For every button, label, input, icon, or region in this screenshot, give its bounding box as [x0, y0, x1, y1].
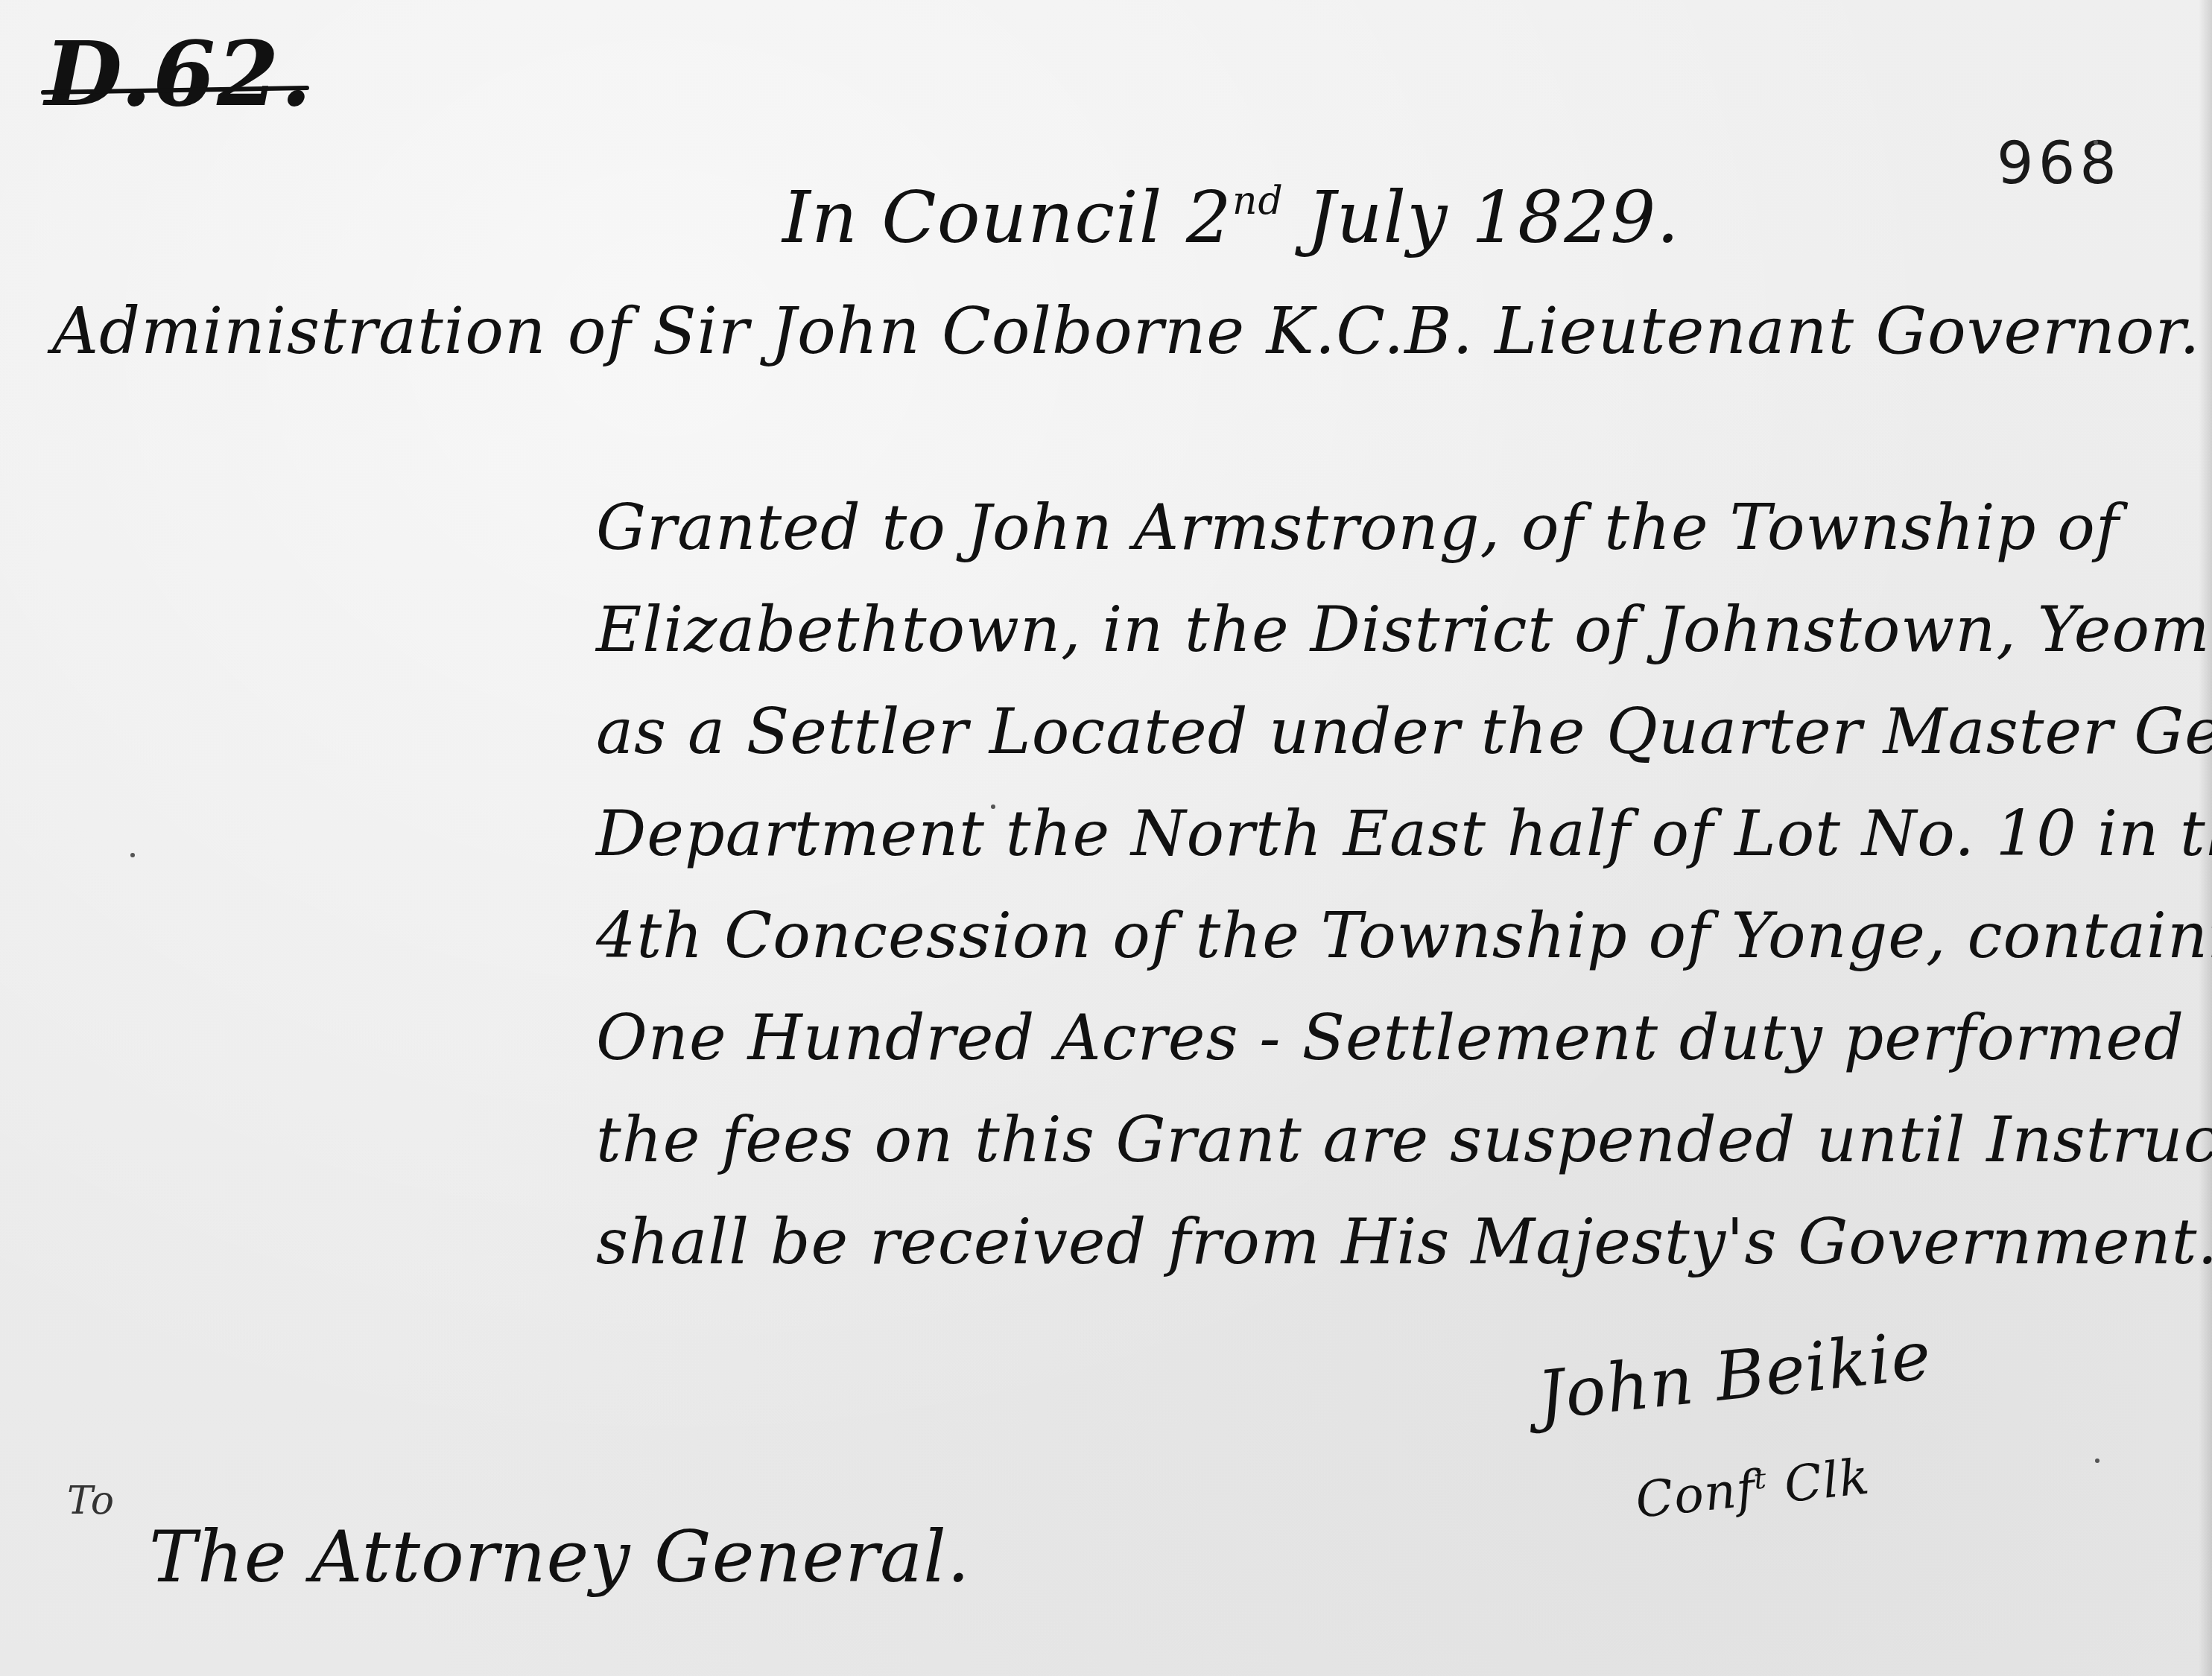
page-number: 968: [1997, 130, 2121, 197]
to-label: To: [67, 1479, 115, 1523]
grant-line: 4th Concession of the Township of Yonge,…: [596, 885, 2161, 987]
grant-line: Granted to John Armstrong, of the Townsh…: [596, 477, 2161, 579]
ink-speck: [991, 804, 995, 809]
grant-line: shall be received from His Majesty's Gov…: [596, 1191, 2161, 1293]
grant-line: Elizabethtown, in the District of Johnst…: [596, 579, 2161, 681]
addressee: The Attorney General.: [149, 1516, 971, 1598]
grant-line: One Hundred Acres - Settlement duty perf…: [596, 987, 2161, 1089]
grant-line: as a Settler Located under the Quarter M…: [596, 681, 2161, 783]
grant-body: Granted to John Armstrong, of the Townsh…: [596, 477, 2161, 1293]
reference-number: D.62.: [45, 22, 313, 127]
date-prefix: In Council 2: [782, 176, 1232, 259]
ink-speck: [2094, 140, 2098, 145]
ink-speck: [2095, 1458, 2100, 1463]
administration-heading: Administration of Sir John Colborne K.C.…: [52, 294, 2201, 369]
grant-line: the fees on this Grant are suspended unt…: [596, 1089, 2161, 1191]
grant-line: Department the North East half of Lot No…: [596, 783, 2161, 885]
ink-speck: [130, 853, 135, 857]
council-date: In Council 2nd July 1829.: [782, 160, 1680, 258]
date-suffix: July 1829.: [1284, 176, 1680, 259]
date-ordinal: nd: [1232, 179, 1284, 223]
